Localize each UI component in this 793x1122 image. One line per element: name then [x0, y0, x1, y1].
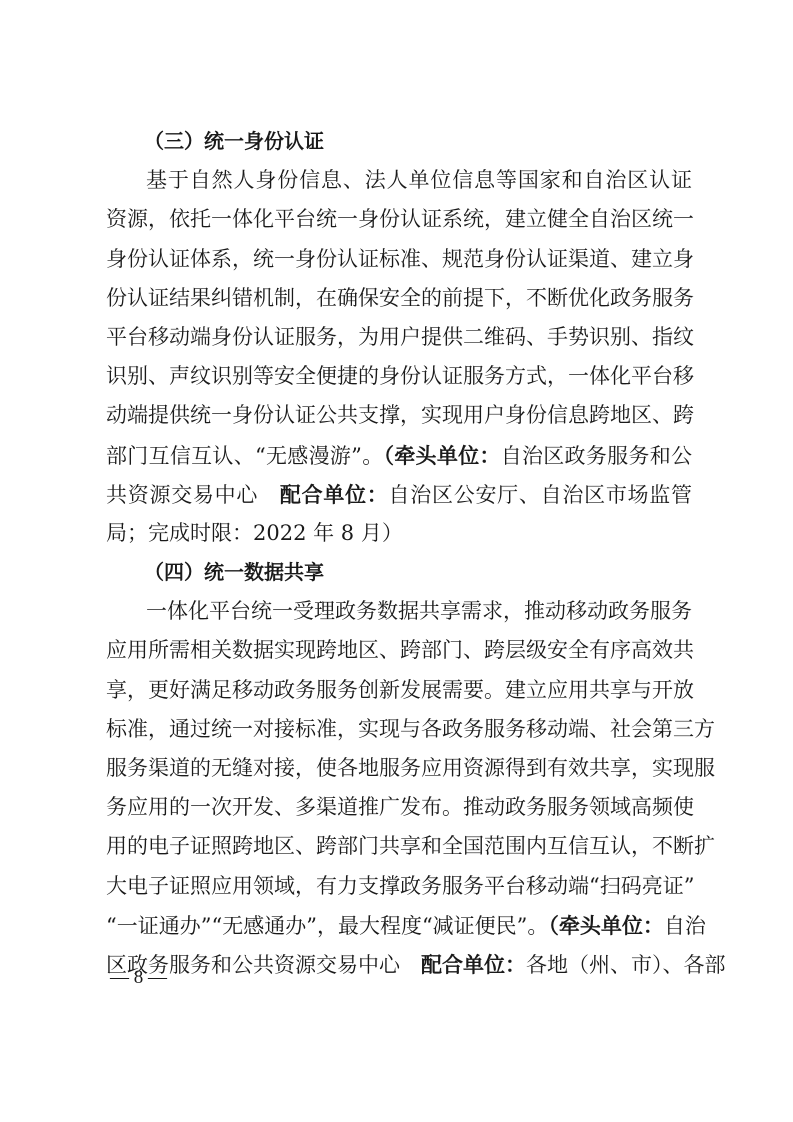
page-number: — 8 —: [110, 967, 167, 989]
lead-unit-label: （牵头单位：: [548, 913, 664, 938]
line-text: 部门互信互认、“无感漫游”。: [106, 444, 383, 468]
paragraph-line: 基于自然人身份信息、法人单位信息等国家和自治区认证: [106, 161, 692, 200]
paragraph-line: 一体化平台统一受理政务数据共享需求，推动移动政务服务: [106, 592, 692, 631]
paragraph-line: 应用所需相关数据实现跨地区、跨部门、跨层级安全有序高效共: [106, 631, 692, 670]
paragraph-line: 大电子证照应用领域，有力支撑政务服务平台移动端“扫码亮证”: [106, 867, 692, 906]
paragraph-line: 服务渠道的无缝对接，使各地服务应用资源得到有效共享，实现服: [106, 749, 692, 788]
cooperating-unit-value: 各地（州、市）、各部: [526, 953, 726, 977]
paragraph-line: 资源，依托一体化平台统一身份认证系统，建立健全自治区统一: [106, 200, 692, 239]
paragraph-line: 区政务服务和公共资源交易中心 配合单位：各地（州、市）、各部: [106, 945, 692, 984]
paragraph-line: 识别、声纹识别等安全便捷的身份认证服务方式，一体化平台移: [106, 357, 692, 396]
paragraph-line: “一证通办”“无感通办”，最大程度“减证便民”。（牵头单位：自治: [106, 906, 692, 945]
cooperating-unit-label: 配合单位：: [421, 952, 526, 977]
line-text: “一证通办”“无感通办”，最大程度“减证便民”。: [106, 914, 548, 938]
paragraph-line: 用的电子证照跨地区、跨部门共享和全国范围内互信互认，不断扩: [106, 827, 692, 866]
lead-unit-value: 自治区政务服务和公: [501, 444, 692, 468]
paragraph-line: 动端提供统一身份认证公共支撑，实现用户身份信息跨地区、跨: [106, 396, 692, 435]
cooperating-unit-label: 配合单位：: [280, 482, 389, 507]
paragraph-line: 共资源交易中心 配合单位：自治区公安厅、自治区市场监管: [106, 475, 692, 514]
paragraph-line: 份认证结果纠错机制，在确保安全的前提下，不断优化政务服务: [106, 279, 692, 318]
paragraph-line: 标准，通过统一对接标准，实现与各政务服务移动端、社会第三方: [106, 710, 692, 749]
document-page: （三）统一身份认证 基于自然人身份信息、法人单位信息等国家和自治区认证 资源，依…: [106, 122, 692, 984]
lead-unit-value: 自治: [664, 914, 706, 938]
paragraph-line: 享，更好满足移动政务服务创新发展需要。建立应用共享与开放: [106, 671, 692, 710]
section-heading-unified-identity: （三）统一身份认证: [106, 122, 692, 161]
paragraph-line: 务应用的一次开发、多渠道推广发布。推动政务服务领域高频使: [106, 788, 692, 827]
paragraph-line-deadline: 局；完成时限：2022 年 8 月）: [106, 514, 692, 553]
lead-unit-label: （牵头单位：: [383, 443, 500, 468]
paragraph-line: 身份认证体系，统一身份认证标准、规范身份认证渠道、建立身: [106, 240, 692, 279]
paragraph-line: 部门互信互认、“无感漫游”。（牵头单位：自治区政务服务和公: [106, 436, 692, 475]
paragraph-line: 平台移动端身份认证服务，为用户提供二维码、手势识别、指纹: [106, 318, 692, 357]
line-text: 共资源交易中心: [106, 483, 280, 507]
section-heading-unified-data-sharing: （四）统一数据共享: [106, 553, 692, 592]
cooperating-unit-value: 自治区公安厅、自治区市场监管: [389, 483, 693, 507]
